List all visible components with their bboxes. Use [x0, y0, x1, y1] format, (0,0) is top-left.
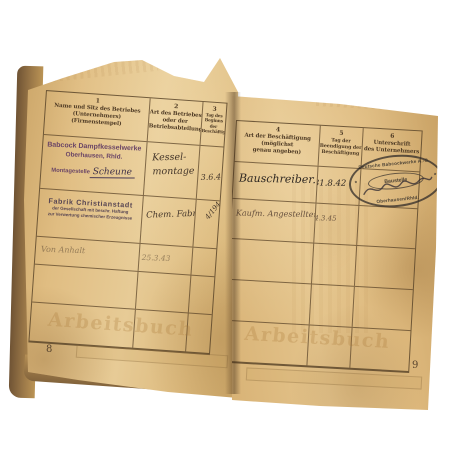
- employer-stamp-babcock: Babcock Dampfkesselwerke Oberhausen, Rhl…: [40, 135, 147, 195]
- page-number-left: 8: [46, 344, 52, 355]
- book-spine-shadow: [225, 92, 241, 394]
- empty-cell: [357, 206, 417, 248]
- start-date-entry: 3.6.40: [197, 146, 224, 200]
- header-col-2: 2 Art des Betriebes oder der Betriebsabt…: [148, 98, 204, 145]
- empty-cell: [355, 246, 415, 289]
- border-pattern-watermark-right: [316, 93, 429, 112]
- empty-cell: [312, 244, 357, 286]
- occupation-entry: Kessel-montage: [144, 142, 201, 199]
- occupation-entry: Kaufm. Angestellter: [230, 199, 316, 243]
- stamp-asterisk: *: [355, 181, 358, 187]
- photo-background: 1 Name und Sitz des Betriebes (Unternehm…: [0, 0, 450, 450]
- left-page: 1 Name und Sitz des Betriebes (Unternehm…: [18, 50, 238, 402]
- empty-cell: [353, 287, 413, 330]
- border-pattern-watermark-left: [38, 58, 159, 83]
- occupation-entry: Chem. Fabrik: [141, 196, 197, 247]
- empty-cell: [228, 239, 314, 284]
- right-page-content: 4 Art der Beschäftigung (möglichst genau…: [222, 120, 435, 374]
- empty-cell: [189, 276, 215, 315]
- header-col-3: 3 Tag des Beginns der Beschäftigung: [201, 102, 227, 146]
- page-number-right: 9: [412, 360, 418, 371]
- header-col-4: 4 Art der Beschäftigung (möglichst genau…: [235, 121, 321, 166]
- empty-cell: [191, 248, 216, 277]
- start-date-entry: 4/1941: [193, 200, 219, 248]
- occupation-entry: Bauschreiber.: [233, 162, 319, 203]
- oval-company-stamp: Deutsche Babcockwerke A.-G. Baustelle Ob…: [346, 150, 445, 211]
- right-page: 4 Art der Beschäftigung (möglichst genau…: [230, 88, 442, 418]
- header-col-1: 1 Name und Sitz des Betriebes (Unternehm…: [44, 91, 151, 141]
- empty-cell: [310, 284, 355, 326]
- left-page-content: 1 Name und Sitz des Betriebes (Unternehm…: [28, 90, 231, 355]
- empty-cell: [32, 265, 138, 309]
- employer-stamp-christianstadt: Fabrik Christianstadt der Gesellschaft m…: [37, 189, 144, 243]
- pencil-date: 25.3.43: [139, 244, 194, 275]
- handwritten-place: Scheune: [90, 167, 135, 178]
- empty-cell: [136, 272, 191, 313]
